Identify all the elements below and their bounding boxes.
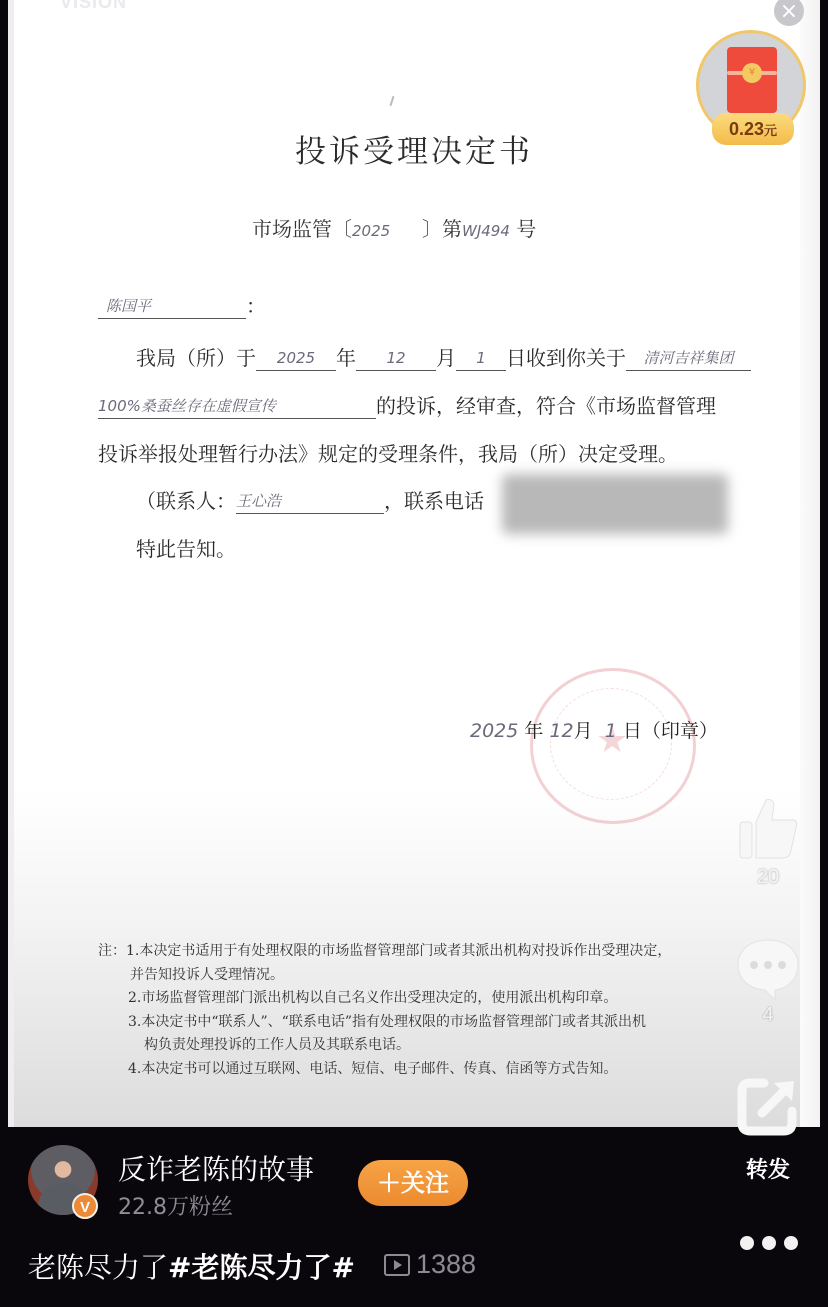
- note-item: 3.本决定书中“联系人”、“联系电话”指有处理权限的市场监督管理部门或者其派出机: [98, 1011, 671, 1035]
- body-text: 的投诉，经审查，符合《市场监督管理: [376, 394, 716, 418]
- amount-value: 0.23: [729, 119, 764, 139]
- dot-icon: [740, 1236, 754, 1250]
- recipient-colon: ：: [246, 294, 266, 318]
- fill-month: 12: [356, 344, 436, 371]
- amount-unit: 元: [764, 123, 777, 138]
- comment-button[interactable]: 4: [732, 934, 804, 1027]
- recipient-name: 陈国平: [106, 297, 151, 315]
- received-month: 12: [386, 349, 405, 367]
- fans-count: 22.8万粉丝: [118, 1190, 233, 1221]
- number-year: 2025: [352, 222, 390, 240]
- signature-date: 2025 年 12月 1 日（印章）: [470, 716, 718, 743]
- comment-count: 4: [732, 1004, 804, 1027]
- fill-contact: 王心浩: [236, 487, 384, 514]
- play-count: 1388: [384, 1249, 476, 1280]
- body-text: ，联系电话: [384, 489, 484, 513]
- body-text: （联系人：: [136, 489, 236, 513]
- document-title: 投诉受理决定书: [8, 126, 820, 171]
- sign-text: 日（印章）: [623, 720, 718, 742]
- watermark: VISION: [60, 0, 127, 13]
- fill-subject-2: 100%桑蚕丝存在虚假宣传: [98, 392, 376, 419]
- coin-icon: ¥: [742, 63, 762, 83]
- post-caption: 老陈尽力了#老陈尽力了#: [28, 1246, 355, 1286]
- sign-text: 月: [574, 720, 593, 742]
- like-button[interactable]: 20: [732, 796, 804, 889]
- comment-bubble-icon: [735, 934, 801, 1000]
- document-notes: 注：1.本决定书适用于有处理权限的市场监督管理部门或者其派出机构对投诉作出受理决…: [98, 940, 671, 1081]
- sign-year: 2025: [470, 720, 518, 742]
- verified-badge-icon: V: [72, 1193, 98, 1219]
- sign-month: 12: [549, 720, 573, 742]
- number-middle: 〕第: [422, 217, 462, 241]
- note-item: 注：1.本决定书适用于有处理权限的市场监督管理部门或者其派出机构对投诉作出受理决…: [98, 940, 671, 964]
- share-label: 转发: [732, 1153, 804, 1184]
- pen-mark: [390, 96, 395, 106]
- fill-year: 2025: [256, 344, 336, 371]
- document-image[interactable]: VISION 投诉受理决定书 市场监管〔2025 〕第WJ494 号 陈国平： …: [8, 0, 820, 1127]
- body-text: 月: [436, 346, 456, 370]
- body-text: 我局（所）于: [136, 346, 256, 370]
- more-options-button[interactable]: [740, 1236, 798, 1250]
- contact-line: （联系人：王心浩，联系电话: [136, 485, 484, 514]
- contact-person: 王心浩: [236, 492, 281, 510]
- number-code: WJ494: [462, 222, 510, 240]
- thumbs-up-icon: [736, 796, 800, 862]
- number-suffix: 号: [516, 217, 536, 241]
- red-packet-amount[interactable]: 0.23元: [712, 113, 794, 145]
- received-year: 2025: [277, 349, 315, 367]
- note-item: 并告知投诉人受理情况。: [98, 964, 671, 988]
- play-count-value: 1388: [416, 1249, 476, 1280]
- follow-button[interactable]: ＋关注: [358, 1160, 468, 1206]
- received-day: 1: [476, 349, 486, 367]
- dot-icon: [784, 1236, 798, 1250]
- body-text: 日收到你关于: [506, 346, 626, 370]
- note-item: 构负责处理投诉的工作人员及其联系电话。: [98, 1034, 671, 1058]
- fill-subject-1: 清河吉祥集团: [626, 344, 751, 371]
- share-button[interactable]: 转发: [732, 1075, 804, 1184]
- document-number: 市场监管〔2025 〕第WJ494 号: [252, 213, 536, 242]
- complaint-subject-1: 清河吉祥集团: [643, 349, 733, 367]
- body-line-1: 我局（所）于2025年12月1日收到你关于清河吉祥集团: [136, 342, 751, 371]
- body-line-3: 投诉举报处理暂行办法》规定的受理条件，我局（所）决定受理。: [98, 438, 678, 467]
- fill-day: 1: [456, 344, 506, 371]
- author-name[interactable]: 反诈老陈的故事: [118, 1148, 314, 1188]
- play-icon: [384, 1254, 410, 1276]
- like-count: 20: [732, 866, 804, 889]
- complaint-subject-2: 100%桑蚕丝存在虚假宣传: [98, 397, 276, 415]
- note-item: 2.市场监督管理部门派出机构以自己名义作出受理决定的，使用派出机构印章。: [98, 987, 671, 1011]
- number-prefix: 市场监管〔: [252, 217, 352, 241]
- caption-text: 老陈尽力了: [28, 1251, 168, 1284]
- body-line-2: 100%桑蚕丝存在虚假宣传的投诉，经审查，符合《市场监督管理: [98, 390, 716, 419]
- recipient-fill: 陈国平: [98, 292, 246, 319]
- sign-day: 1: [605, 720, 617, 742]
- recipient-line: 陈国平：: [98, 290, 266, 319]
- dot-icon: [762, 1236, 776, 1250]
- red-envelope-icon: ¥: [727, 47, 777, 113]
- note-item: 4.本决定书可以通过互联网、电话、短信、电子邮件、传真、信函等方式告知。: [98, 1058, 671, 1082]
- share-arrow-icon: [736, 1075, 800, 1139]
- sign-text: 年: [524, 720, 543, 742]
- body-text: 年: [336, 346, 356, 370]
- closing-line: 特此告知。: [136, 533, 236, 562]
- hashtag-link[interactable]: #老陈尽力了#: [168, 1251, 355, 1284]
- redacted-phone: [502, 474, 728, 534]
